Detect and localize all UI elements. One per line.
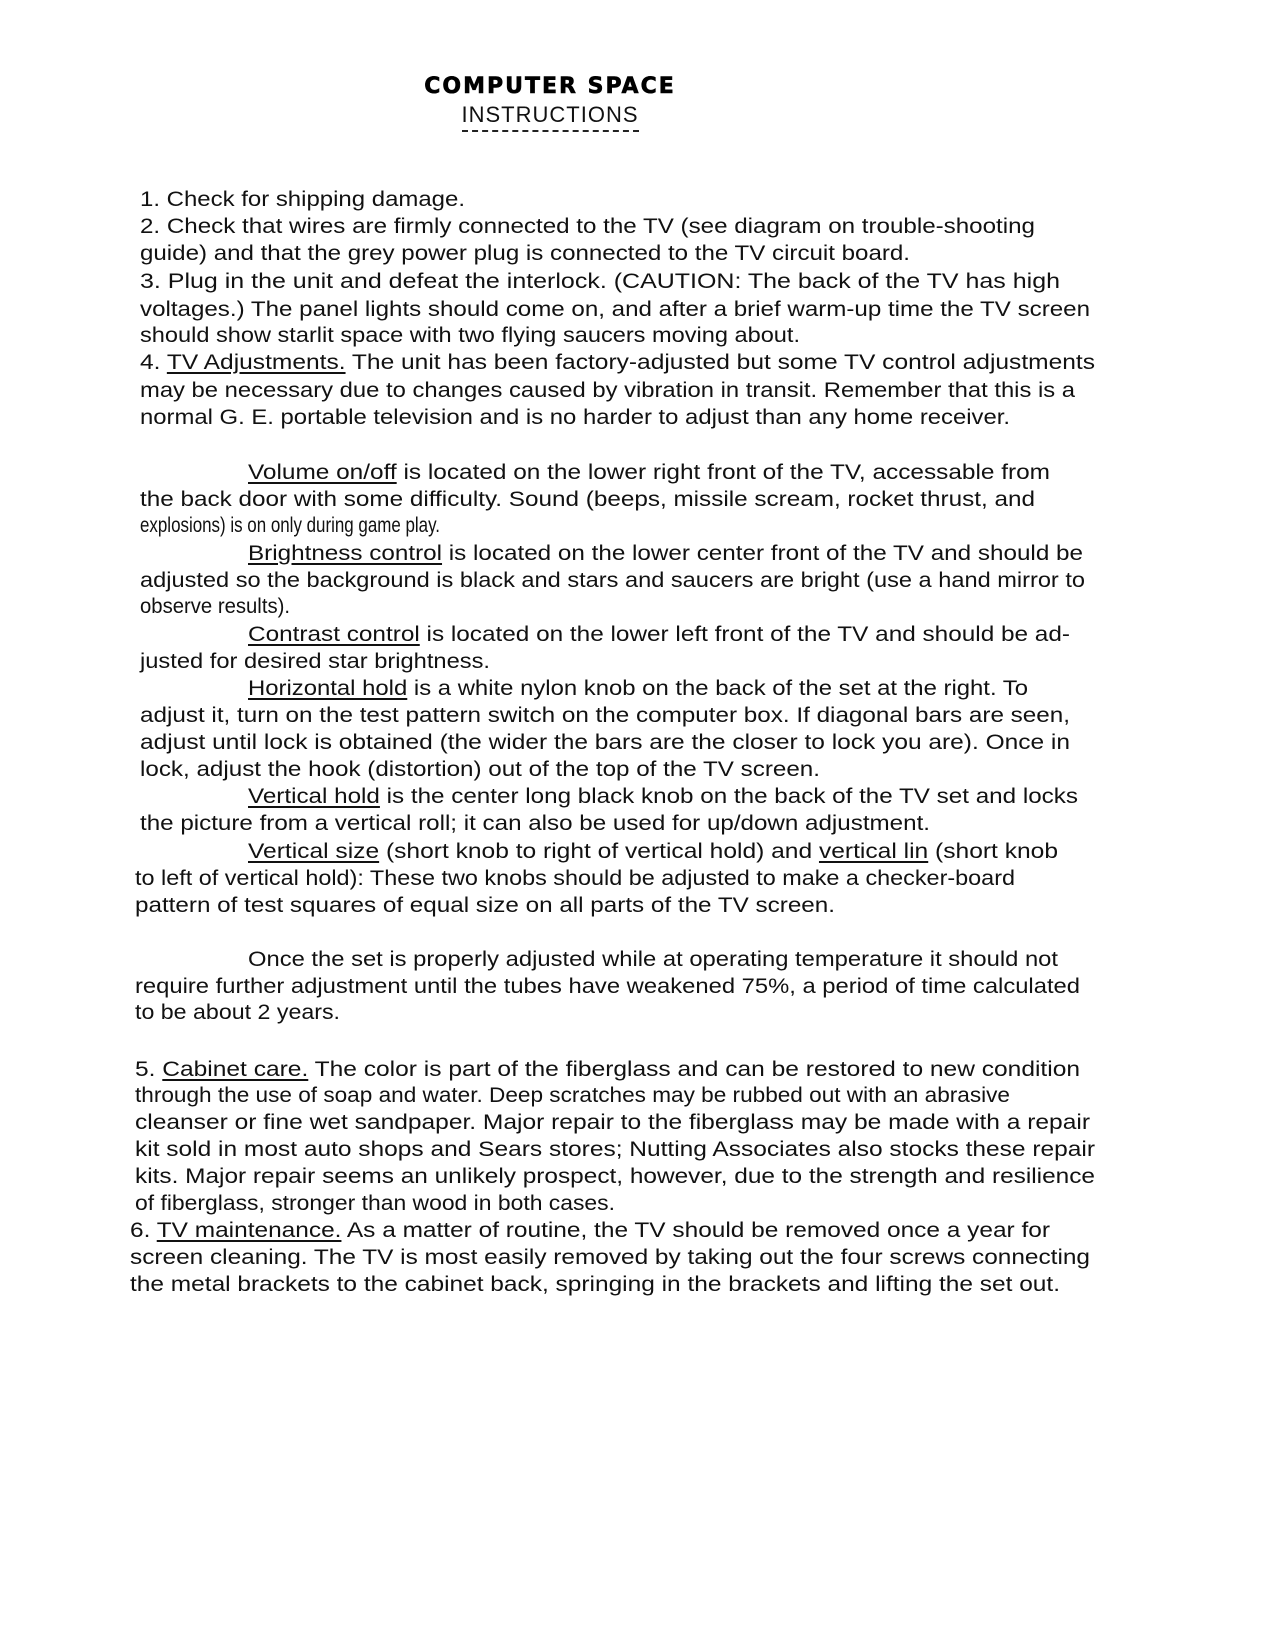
text-run: kit sold in most auto shops and Sears st… — [135, 1137, 1095, 1161]
text-run: is the center long black knob on the bac… — [380, 784, 1078, 808]
document-subtitle: INSTRUCTIONS — [0, 102, 1100, 128]
text-run: 1. Check for shipping damage. — [140, 187, 465, 211]
text-line: 3. Plug in the unit and defeat the inter… — [140, 268, 1060, 294]
text-run: through the use of soap and water. Deep … — [135, 1083, 1010, 1107]
text-line: require further adjustment until the tub… — [135, 973, 1080, 999]
text-run: may be necessary due to changes caused b… — [140, 378, 1075, 402]
text-run: The color is part of the fiberglass and … — [308, 1057, 1080, 1081]
document-title: COMPUTER SPACE — [0, 74, 1100, 99]
text-line: to left of vertical hold): These two kno… — [135, 865, 1015, 891]
text-run: 6. — [130, 1218, 157, 1242]
text-run: 3. Plug in the unit and defeat the inter… — [140, 269, 1060, 293]
text-line: Contrast control is located on the lower… — [248, 621, 1070, 647]
text-run: normal G. E. portable television and is … — [140, 405, 1010, 429]
text-line: Brightness control is located on the low… — [248, 540, 1083, 566]
text-run: to left of vertical hold): These two kno… — [135, 866, 1015, 890]
section-heading: Vertical size — [248, 839, 379, 863]
section-heading: Vertical hold — [248, 784, 380, 808]
text-line: lock, adjust the hook (distortion) out o… — [140, 756, 820, 782]
text-run: is located on the lower left front of th… — [420, 622, 1070, 646]
text-run: lock, adjust the hook (distortion) out o… — [140, 757, 820, 781]
text-line: the picture from a vertical roll; it can… — [140, 810, 930, 836]
text-run: justed for desired star brightness. — [140, 649, 490, 673]
text-line: of fiberglass, stronger than wood in bot… — [135, 1190, 615, 1216]
text-run: (short knob to right of vertical hold) a… — [379, 839, 819, 863]
text-run: The unit has been factory-adjusted but s… — [346, 350, 1095, 374]
text-run: the back door with some difficulty. Soun… — [140, 487, 1035, 511]
text-line: adjust it, turn on the test pattern swit… — [140, 702, 1070, 728]
text-run: adjust until lock is obtained (the wider… — [140, 730, 1070, 754]
text-run: the picture from a vertical roll; it can… — [140, 811, 930, 835]
text-run: is located on the lower center front of … — [442, 541, 1083, 565]
text-line: Volume on/off is located on the lower ri… — [248, 459, 1050, 485]
text-line: justed for desired star brightness. — [140, 648, 490, 674]
text-run: is located on the lower right front of t… — [397, 460, 1050, 484]
text-line: screen cleaning. The TV is most easily r… — [130, 1244, 1090, 1270]
text-run: 2. Check that wires are firmly connected… — [140, 214, 1035, 238]
section-heading: vertical lin — [819, 839, 928, 863]
section-heading: Brightness control — [248, 541, 442, 565]
text-run: pattern of test squares of equal size on… — [135, 893, 835, 917]
text-line: adjust until lock is obtained (the wider… — [140, 729, 1070, 755]
text-line: voltages.) The panel lights should come … — [140, 296, 1090, 322]
subtitle-text: INSTRUCTIONS — [462, 102, 639, 132]
text-line: explosions) is on only during game play. — [140, 512, 440, 538]
text-line: normal G. E. portable television and is … — [140, 404, 1010, 430]
text-line: may be necessary due to changes caused b… — [140, 377, 1075, 403]
text-line: guide) and that the grey power plug is c… — [140, 240, 910, 266]
text-run: 5. — [135, 1057, 162, 1081]
text-run: the metal brackets to the cabinet back, … — [130, 1272, 1060, 1296]
text-run: guide) and that the grey power plug is c… — [140, 241, 910, 265]
text-line: Vertical hold is the center long black k… — [248, 783, 1078, 809]
text-run: should show starlit space with two flyin… — [140, 323, 800, 347]
text-run: observe results). — [140, 594, 290, 618]
text-line: kits. Major repair seems an unlikely pro… — [135, 1163, 1095, 1189]
text-run: As a matter of routine, the TV should be… — [341, 1218, 1050, 1242]
text-line: Horizontal hold is a white nylon knob on… — [248, 675, 1028, 701]
text-line: 4. TV Adjustments. The unit has been fac… — [140, 349, 1095, 375]
text-run: is a white nylon knob on the back of the… — [407, 676, 1028, 700]
text-run: require further adjustment until the tub… — [135, 974, 1080, 998]
text-line: 6. TV maintenance. As a matter of routin… — [130, 1217, 1050, 1243]
text-line: 5. Cabinet care. The color is part of th… — [135, 1056, 1080, 1082]
text-line: to be about 2 years. — [135, 999, 340, 1025]
text-line: should show starlit space with two flyin… — [140, 322, 800, 348]
text-run: kits. Major repair seems an unlikely pro… — [135, 1164, 1095, 1188]
text-line: cleanser or fine wet sandpaper. Major re… — [135, 1109, 1090, 1135]
text-run: to be about 2 years. — [135, 1000, 340, 1024]
text-run: explosions) is on only during game play. — [140, 513, 440, 537]
text-line: Once the set is properly adjusted while … — [248, 946, 1058, 972]
text-run: (short knob — [928, 839, 1058, 863]
text-line: Vertical size (short knob to right of ve… — [248, 838, 1058, 864]
text-line: adjusted so the background is black and … — [140, 567, 1085, 593]
section-heading: Contrast control — [248, 622, 420, 646]
section-heading: Horizontal hold — [248, 676, 407, 700]
text-run: Once the set is properly adjusted while … — [248, 947, 1058, 971]
text-run: voltages.) The panel lights should come … — [140, 297, 1090, 321]
text-run: of fiberglass, stronger than wood in bot… — [135, 1191, 615, 1215]
text-run: 4. — [140, 350, 167, 374]
section-heading: TV maintenance. — [157, 1218, 342, 1242]
section-heading: Cabinet care. — [162, 1057, 308, 1081]
text-run: adjust it, turn on the test pattern swit… — [140, 703, 1070, 727]
text-run: adjusted so the background is black and … — [140, 568, 1085, 592]
section-heading: Volume on/off — [248, 460, 397, 484]
text-line: kit sold in most auto shops and Sears st… — [135, 1136, 1095, 1162]
text-line: the metal brackets to the cabinet back, … — [130, 1271, 1060, 1297]
text-line: the back door with some difficulty. Soun… — [140, 486, 1035, 512]
text-run: screen cleaning. The TV is most easily r… — [130, 1245, 1090, 1269]
text-line: 1. Check for shipping damage. — [140, 186, 465, 212]
section-heading: TV Adjustments. — [167, 350, 346, 374]
text-line: observe results). — [140, 593, 290, 619]
text-line: pattern of test squares of equal size on… — [135, 892, 835, 918]
text-line: 2. Check that wires are firmly connected… — [140, 213, 1035, 239]
text-run: cleanser or fine wet sandpaper. Major re… — [135, 1110, 1090, 1134]
document-page: COMPUTER SPACE INSTRUCTIONS 1. Check for… — [0, 0, 1275, 1650]
text-line: through the use of soap and water. Deep … — [135, 1082, 1010, 1108]
